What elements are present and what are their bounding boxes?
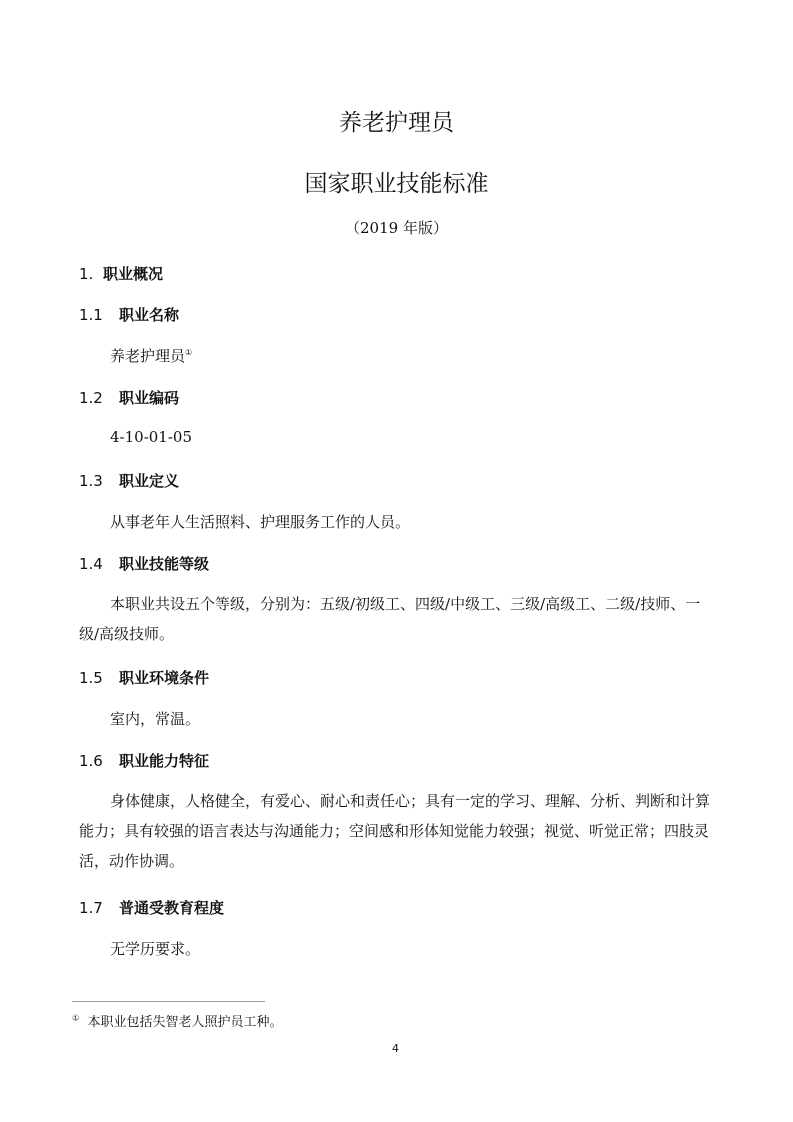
section-title: 职业能力特征 — [119, 752, 209, 770]
section-heading-1-7: 1.7普通受教育程度 — [79, 897, 224, 918]
section-title: 职业环境条件 — [119, 669, 209, 687]
section-heading-1-4: 1.4职业技能等级 — [79, 553, 209, 574]
section-title: 职业名称 — [119, 306, 179, 324]
section-number: 1.6 — [79, 752, 119, 770]
section-heading-1-5: 1.5职业环境条件 — [79, 667, 209, 688]
section-body-1-1: 养老护理员① — [110, 345, 192, 366]
section-number: 1.4 — [79, 555, 119, 573]
section-heading-1: 1.职业概况 — [79, 263, 163, 284]
footnote-marker: ① — [72, 1014, 79, 1023]
section-body-1-3: 从事老年人生活照料、护理服务工作的人员。 — [110, 511, 410, 532]
section-number: 1.5 — [79, 669, 119, 687]
page-number: 4 — [392, 1042, 399, 1055]
section-number: 1.1 — [79, 306, 119, 324]
footnote-text: 本职业包括失智老人照护员工种。 — [87, 1015, 282, 1030]
document-subtitle: 国家职业技能标准 — [0, 165, 793, 198]
section-title: 职业定义 — [119, 472, 179, 490]
section-number: 1.2 — [79, 389, 119, 407]
section-number: 1. — [79, 265, 103, 283]
edition-label: （2019 年版） — [0, 217, 793, 238]
section-heading-1-1: 1.1职业名称 — [79, 304, 179, 325]
section-heading-1-6: 1.6职业能力特征 — [79, 750, 209, 771]
section-body-1-5: 室内，常温。 — [110, 708, 200, 729]
body-text: 养老护理员 — [110, 347, 185, 365]
section-title: 职业概况 — [103, 265, 163, 283]
section-number: 1.3 — [79, 472, 119, 490]
section-body-1-7: 无学历要求。 — [110, 938, 200, 959]
section-body-1-2: 4-10-01-05 — [110, 428, 192, 446]
section-body-1-6: 身体健康，人格健全，有爱心、耐心和责任心；具有一定的学习、理解、分析、判断和计算… — [79, 786, 719, 876]
footnote: ① 本职业包括失智老人照护员工种。 — [72, 1011, 282, 1030]
footnote-divider — [72, 1001, 265, 1002]
section-heading-1-3: 1.3职业定义 — [79, 470, 179, 491]
footnote-ref[interactable]: ① — [185, 348, 192, 357]
section-body-1-4: 本职业共设五个等级，分别为：五级/初级工、四级/中级工、三级/高级工、二级/技师… — [79, 589, 719, 649]
section-number: 1.7 — [79, 899, 119, 917]
section-title: 职业编码 — [119, 389, 179, 407]
section-title: 普通受教育程度 — [119, 899, 224, 917]
section-title: 职业技能等级 — [119, 555, 209, 573]
document-title: 养老护理员 — [0, 104, 793, 137]
section-heading-1-2: 1.2职业编码 — [79, 387, 179, 408]
